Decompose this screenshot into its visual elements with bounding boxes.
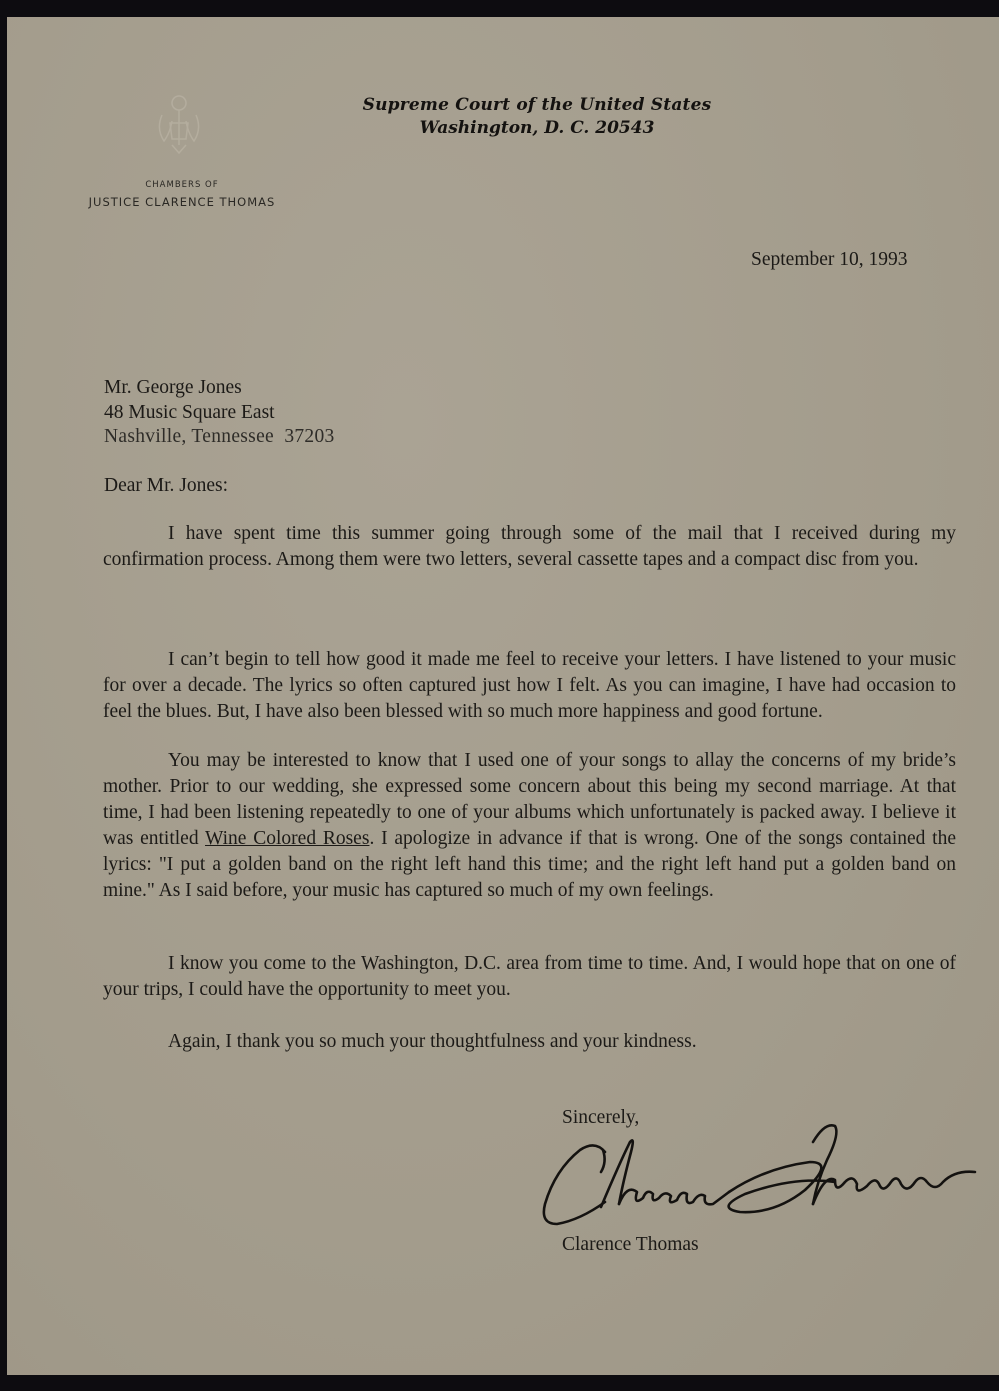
- paragraph-4-text: I know you come to the Washington, D.C. …: [103, 953, 956, 1000]
- letter-date: September 10, 1993: [751, 249, 908, 271]
- court-letterhead: Supreme Court of the United States Washi…: [307, 95, 767, 138]
- court-address: Washington, D. C. 20543: [307, 118, 767, 138]
- embossed-seal-icon: [150, 93, 208, 155]
- justice-name-label: JUSTICE CLARENCE THOMAS: [67, 195, 297, 209]
- paragraph-2: I can’t begin to tell how good it made m…: [103, 647, 956, 725]
- paragraph-4: I know you come to the Washington, D.C. …: [103, 951, 956, 1003]
- recipient-address: Mr. George Jones 48 Music Square East Na…: [104, 376, 335, 450]
- recipient-street: 48 Music Square East: [104, 401, 335, 426]
- handwritten-signature: [535, 1112, 980, 1237]
- paragraph-1-text: I have spent time this summer going thro…: [103, 523, 956, 570]
- paragraph-5: Again, I thank you so much your thoughtf…: [103, 1029, 956, 1055]
- paragraph-3: You may be interested to know that I use…: [103, 748, 956, 904]
- recipient-city: Nashville, Tennessee 37203: [104, 425, 335, 450]
- signer-name: Clarence Thomas: [562, 1234, 699, 1256]
- paragraph-2-text: I can’t begin to tell how good it made m…: [103, 649, 956, 722]
- chambers-heading: CHAMBERS OF JUSTICE CLARENCE THOMAS: [67, 180, 297, 209]
- album-title: Wine Colored Roses: [205, 828, 369, 849]
- salutation: Dear Mr. Jones:: [104, 475, 228, 497]
- court-name: Supreme Court of the United States: [307, 95, 767, 115]
- recipient-name: Mr. George Jones: [104, 376, 335, 401]
- letter-page: CHAMBERS OF JUSTICE CLARENCE THOMAS Supr…: [7, 17, 999, 1375]
- chambers-of-label: CHAMBERS OF: [67, 180, 297, 190]
- paragraph-5-text: Again, I thank you so much your thoughtf…: [168, 1031, 697, 1052]
- paragraph-1: I have spent time this summer going thro…: [103, 521, 956, 573]
